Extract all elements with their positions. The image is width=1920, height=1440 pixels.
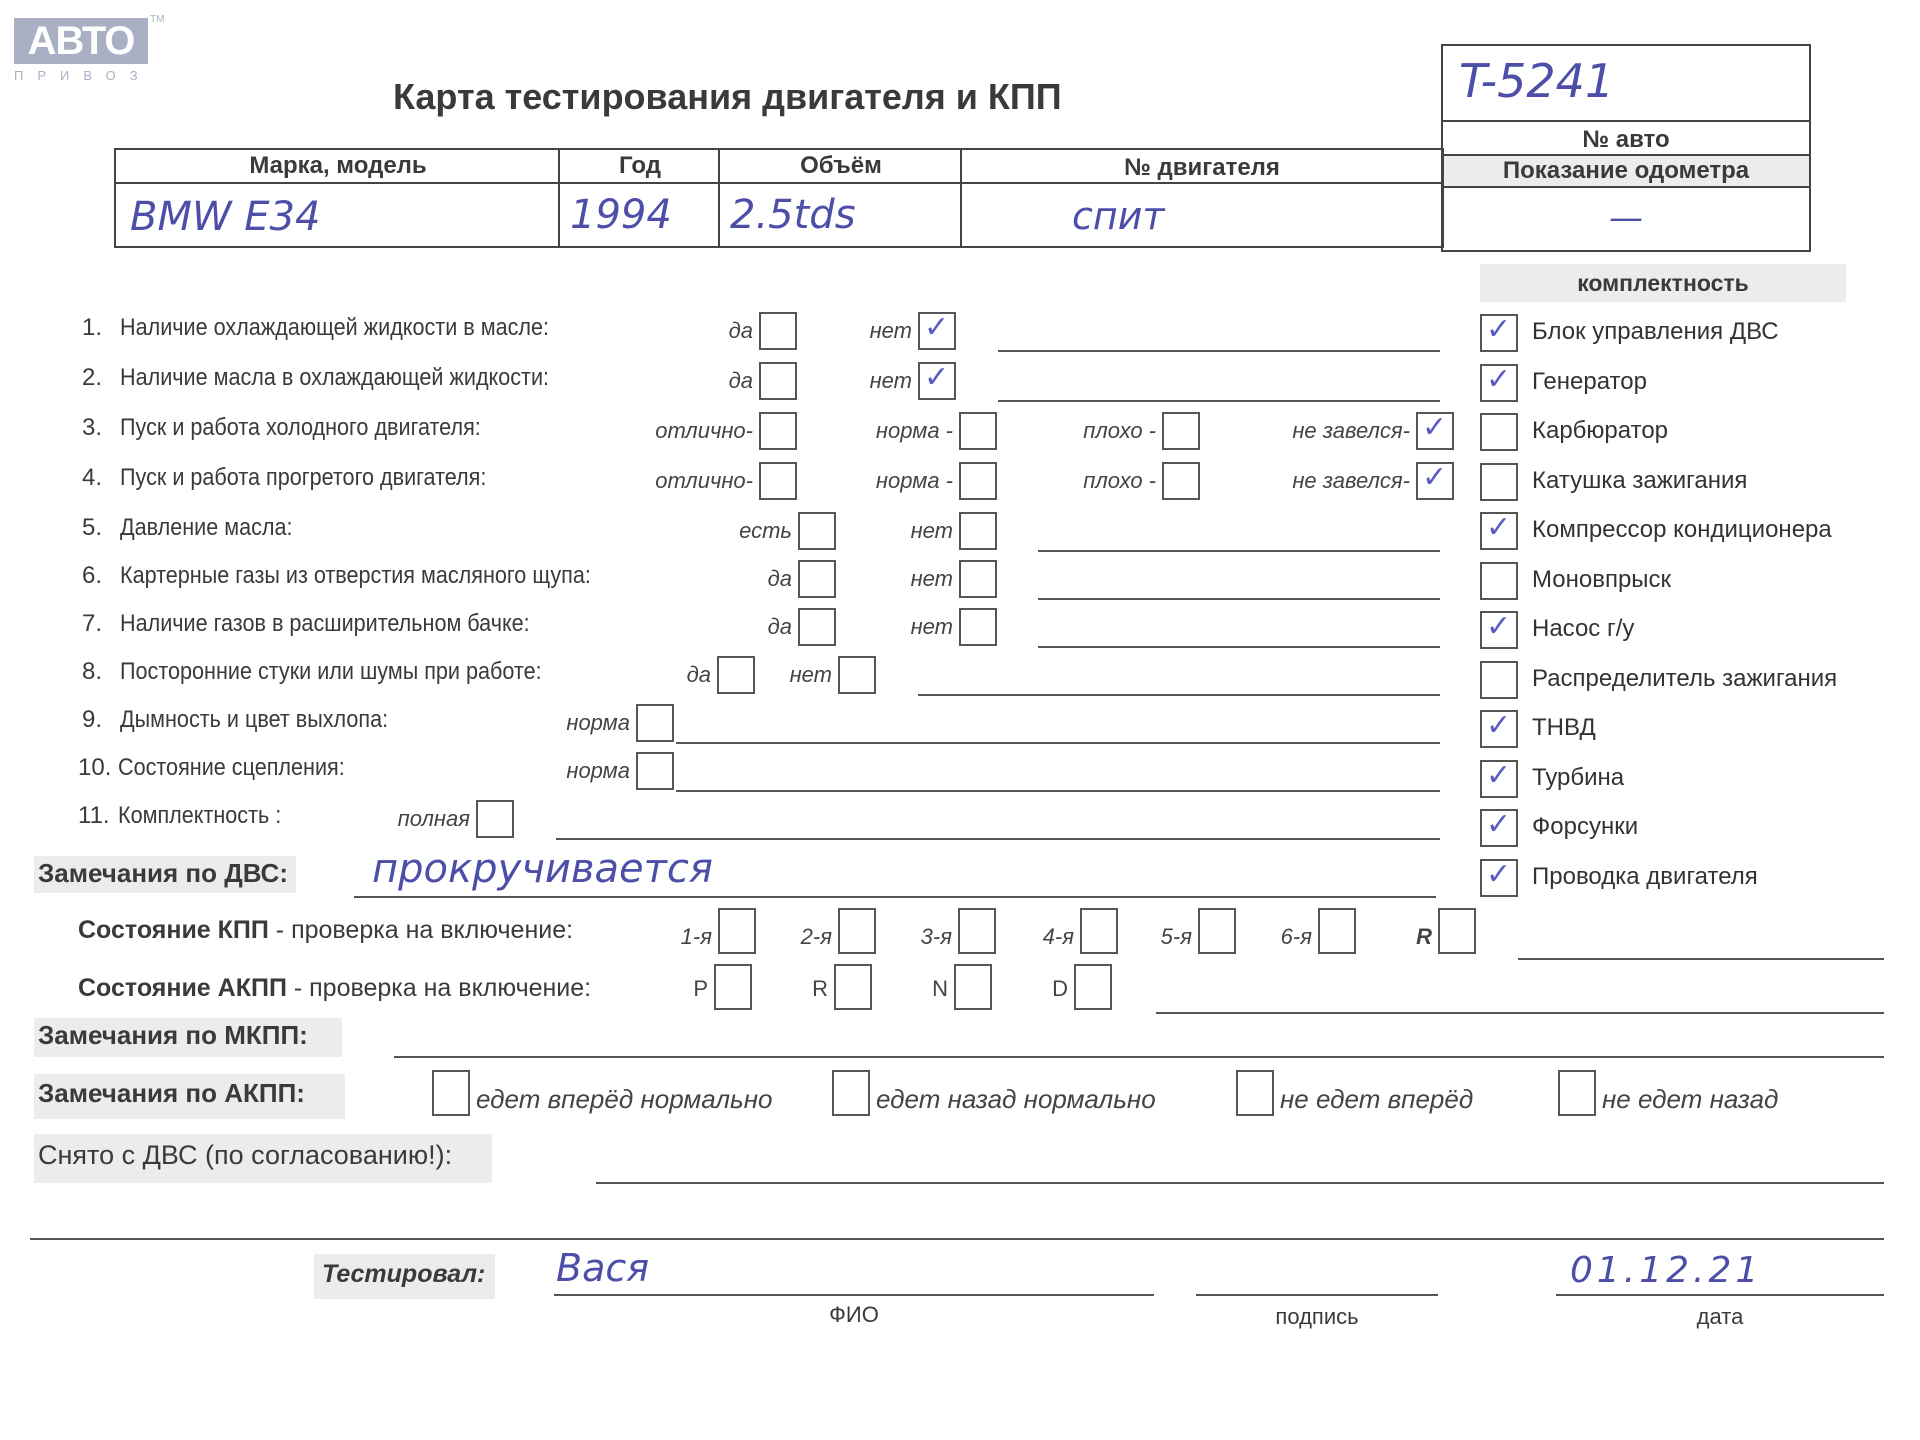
auto-gear-checkbox[interactable] — [1074, 964, 1112, 1010]
removed-line[interactable] — [596, 1182, 1884, 1184]
checkmark-icon: ✓ — [1486, 758, 1511, 793]
option-checkbox[interactable] — [1162, 462, 1200, 500]
option-checkbox[interactable]: ✓ — [1416, 412, 1454, 450]
option-checkbox[interactable] — [1162, 412, 1200, 450]
auto-remark-checkbox[interactable] — [432, 1070, 470, 1116]
check-question: Посторонние стуки или шумы при работе: — [120, 658, 542, 686]
check-question: Дымность и цвет выхлопа: — [120, 706, 388, 734]
completeness-checkbox[interactable] — [1480, 661, 1518, 699]
option-checkbox[interactable] — [838, 656, 876, 694]
check-question: Наличие газов в расширительном бачке: — [120, 610, 530, 638]
check-number: 10. — [78, 754, 111, 782]
signature-caption: подпись — [1196, 1304, 1438, 1330]
completeness-item-label: Моновпрыск — [1532, 566, 1671, 594]
option-label: нет — [712, 318, 912, 344]
notes-line[interactable] — [1038, 646, 1440, 648]
checkmark-icon: ✓ — [924, 310, 949, 345]
option-label: нет — [632, 662, 832, 688]
checkmark-icon: ✓ — [1486, 510, 1511, 545]
check-question: Картерные газы из отверстия масляного щу… — [120, 562, 591, 590]
date-caption: дата — [1556, 1304, 1884, 1330]
option-checkbox[interactable] — [636, 752, 674, 790]
completeness-item-label: Генератор — [1532, 368, 1647, 396]
completeness-item-label: Блок управления ДВС — [1532, 318, 1779, 346]
option-label: нет — [753, 566, 953, 592]
completeness-checkbox[interactable]: ✓ — [1480, 611, 1518, 649]
completeness-checkbox[interactable]: ✓ — [1480, 760, 1518, 798]
checkmark-icon: ✓ — [1486, 609, 1511, 644]
notes-line[interactable] — [1038, 598, 1440, 600]
check-question: Пуск и работа холодного двигателя: — [120, 414, 481, 442]
completeness-checkbox[interactable]: ✓ — [1480, 364, 1518, 402]
removed-label: Снято с ДВС (по согласованию!): — [34, 1134, 492, 1183]
completeness-checkbox[interactable] — [1480, 413, 1518, 451]
check-question: Комплектность : — [118, 802, 281, 830]
check-number: 9. — [82, 706, 102, 734]
checkmark-icon: ✓ — [1422, 460, 1447, 495]
check-number: 8. — [82, 658, 102, 686]
completeness-item-label: Форсунки — [1532, 813, 1638, 841]
option-label: норма — [430, 710, 630, 736]
engine-no-value[interactable]: спит — [1072, 194, 1165, 238]
option-label: норма - — [753, 418, 953, 444]
logo-subtitle: ПРИВОЗ — [14, 68, 152, 83]
notes-line[interactable] — [998, 350, 1440, 352]
option-label: не завелся- — [1210, 418, 1410, 444]
check-question: Давление масла: — [120, 514, 293, 542]
completeness-item-label: Компрессор кондиционера — [1532, 516, 1832, 544]
manual-remarks-line[interactable] — [394, 1056, 1884, 1058]
header-volume: Объём — [720, 152, 962, 180]
notes-line[interactable] — [918, 694, 1440, 696]
tester-name-value[interactable]: Вася — [556, 1246, 649, 1290]
check-number: 6. — [82, 562, 102, 590]
manual-gearbox-label: Состояние КПП - проверка на включение: — [78, 916, 573, 945]
check-question: Наличие масла в охлаждающей жидкости: — [120, 364, 549, 392]
gear-label: R — [1232, 924, 1432, 950]
completeness-item-label: Карбюратор — [1532, 417, 1668, 445]
checkmark-icon: ✓ — [924, 360, 949, 395]
check-number: 4. — [82, 464, 102, 492]
model-value[interactable]: BMW E34 — [130, 194, 320, 240]
option-checkbox[interactable] — [959, 560, 997, 598]
checkmark-icon: ✓ — [1486, 708, 1511, 743]
completeness-checkbox[interactable] — [1480, 463, 1518, 501]
option-checkbox[interactable]: ✓ — [918, 312, 956, 350]
option-checkbox[interactable] — [959, 608, 997, 646]
notes-line[interactable] — [556, 838, 1440, 840]
completeness-checkbox[interactable]: ✓ — [1480, 710, 1518, 748]
option-label: не завелся- — [1210, 468, 1410, 494]
option-label: нет — [753, 614, 953, 640]
check-number: 1. — [82, 314, 102, 342]
logo: АВТО — [14, 18, 148, 64]
completeness-item-label: Проводка двигателя — [1532, 863, 1758, 891]
car-info-box: T-5241 № авто Показание одометра — — [1441, 44, 1811, 252]
option-checkbox[interactable] — [959, 512, 997, 550]
tested-by-label: Тестировал: — [314, 1254, 495, 1299]
completeness-item-label: Распределитель зажигания — [1532, 665, 1837, 693]
date-value[interactable]: 01.12.21 — [1570, 1250, 1762, 1291]
auto-gearbox-label-bold: Состояние АКПП — [78, 974, 287, 1002]
auto-gear-label: D — [868, 976, 1068, 1002]
auto-remarks-label: Замечания по АКПП: — [34, 1074, 345, 1119]
gear-checkbox[interactable] — [1438, 908, 1476, 954]
auto-remark-checkbox[interactable] — [1558, 1070, 1596, 1116]
signature-line[interactable] — [1196, 1294, 1438, 1296]
option-label: нет — [753, 518, 953, 544]
option-label: отлично- — [553, 418, 753, 444]
auto-remark-checkbox[interactable] — [832, 1070, 870, 1116]
checkmark-icon: ✓ — [1486, 362, 1511, 397]
option-checkbox[interactable]: ✓ — [918, 362, 956, 400]
car-number-label: № авто — [1443, 126, 1809, 154]
check-question: Состояние сцепления: — [118, 754, 345, 782]
check-number: 7. — [82, 610, 102, 638]
check-number: 2. — [82, 364, 102, 392]
manual-gearbox-label-bold: Состояние КПП — [78, 916, 269, 944]
checkmark-icon: ✓ — [1422, 410, 1447, 445]
page-title: Карта тестирования двигателя и КПП — [393, 76, 1062, 118]
option-label: плохо - — [956, 468, 1156, 494]
year-value[interactable]: 1994 — [570, 192, 672, 238]
auto-remark-label: не едет вперёд — [1280, 1084, 1473, 1115]
option-checkbox[interactable] — [636, 704, 674, 742]
completeness-item-label: Насос г/у — [1532, 615, 1634, 643]
checkmark-icon: ✓ — [1486, 312, 1511, 347]
option-checkbox[interactable] — [476, 800, 514, 838]
completeness-checkbox[interactable] — [1480, 562, 1518, 600]
auto-remark-label: едет назад нормально — [876, 1084, 1156, 1115]
check-question: Наличие охлаждающей жидкости в масле: — [120, 314, 549, 342]
auto-remark-checkbox[interactable] — [1236, 1070, 1274, 1116]
engine-remarks-label: Замечания по ДВС: — [34, 856, 296, 893]
checkmark-icon: ✓ — [1486, 807, 1511, 842]
engine-remarks-value[interactable]: прокручивается — [372, 846, 713, 892]
completeness-item-label: Катушка зажигания — [1532, 467, 1747, 495]
notes-line[interactable] — [1038, 550, 1440, 552]
notes-line[interactable] — [676, 742, 1440, 744]
car-number-value[interactable]: T-5241 — [1459, 54, 1614, 108]
name-caption: ФИО — [554, 1302, 1154, 1328]
vehicle-table: Марка, модель Год Объём № двигателя BMW … — [114, 148, 1444, 248]
completeness-checkbox[interactable]: ✓ — [1480, 859, 1518, 897]
notes-line[interactable] — [676, 790, 1440, 792]
manual-remarks-label: Замечания по МКПП: — [34, 1018, 342, 1057]
option-label: норма — [430, 758, 630, 784]
logo-trademark: TM — [150, 14, 164, 25]
option-label: нет — [712, 368, 912, 394]
header-model: Марка, модель — [116, 152, 560, 180]
volume-value[interactable]: 2.5tds — [730, 192, 856, 238]
header-year: Год — [560, 152, 720, 180]
option-label: отлично- — [553, 468, 753, 494]
completeness-checkbox[interactable]: ✓ — [1480, 512, 1518, 550]
check-number: 11. — [78, 802, 110, 830]
check-question: Пуск и работа прогретого двигателя: — [120, 464, 486, 492]
check-number: 5. — [82, 514, 102, 542]
check-number: 3. — [82, 414, 102, 442]
odometer-label: Показание одометра — [1443, 156, 1809, 186]
completeness-item-label: ТНВД — [1532, 714, 1596, 742]
option-label: полная — [270, 806, 470, 832]
option-checkbox[interactable]: ✓ — [1416, 462, 1454, 500]
completeness-header: комплектность — [1480, 264, 1846, 302]
completeness-checkbox[interactable]: ✓ — [1480, 809, 1518, 847]
notes-line[interactable] — [998, 400, 1440, 402]
header-engine-no: № двигателя — [962, 154, 1442, 182]
odometer-value[interactable]: — — [1443, 198, 1809, 238]
completeness-item-label: Турбина — [1532, 764, 1624, 792]
auto-remark-label: не едет назад — [1602, 1084, 1778, 1115]
option-label: норма - — [753, 468, 953, 494]
option-label: плохо - — [956, 418, 1156, 444]
auto-remark-label: едет вперёд нормально — [476, 1084, 772, 1115]
checkmark-icon: ✓ — [1486, 857, 1511, 892]
completeness-checkbox[interactable]: ✓ — [1480, 314, 1518, 352]
